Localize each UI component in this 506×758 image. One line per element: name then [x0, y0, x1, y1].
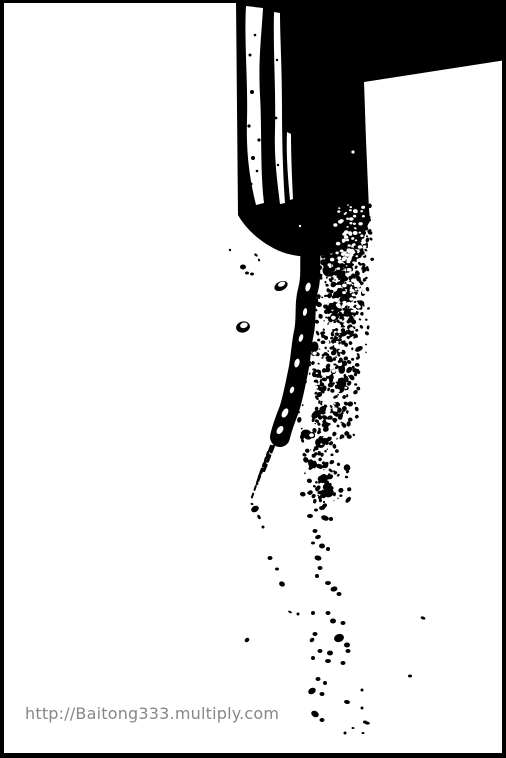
rain-chain-photo: http://Baitong333.multiply.com — [0, 0, 506, 758]
watermark-url: http://Baitong333.multiply.com — [25, 704, 279, 723]
photo-stage: http://Baitong333.multiply.com — [0, 0, 506, 758]
